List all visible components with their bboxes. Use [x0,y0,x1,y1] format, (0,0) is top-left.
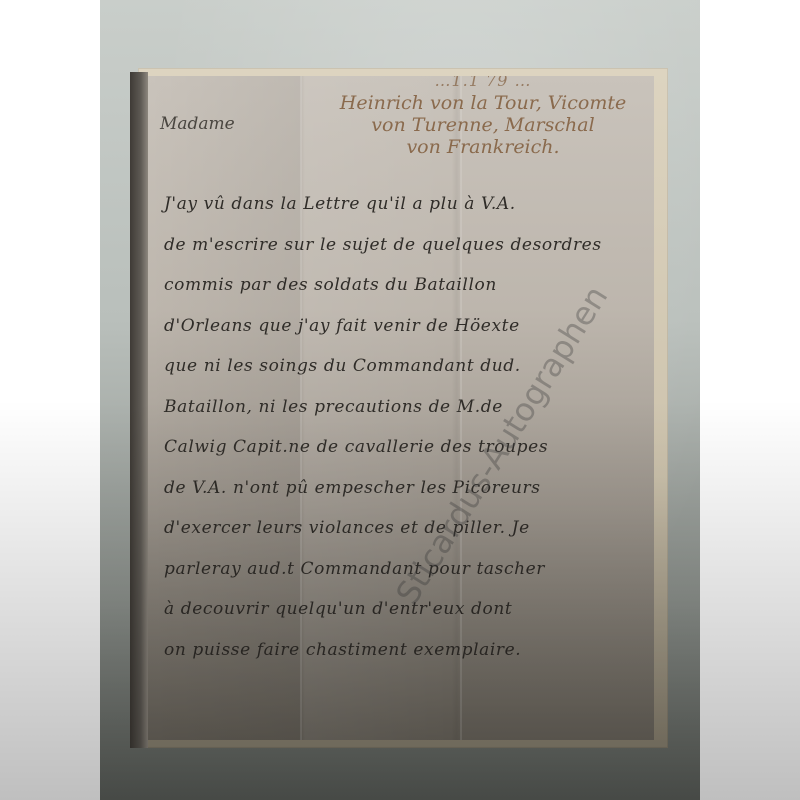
letter-line: à decouvrir quelqu'un d'entr'eux dont [164,589,652,630]
letter-line: on puisse faire chastiment exemplaire. [164,630,652,671]
letter-line: parleray aud.t Commandant pour tascher [164,549,652,590]
letter-line: d'Orleans que j'ay fait venir de Höexte [164,306,652,347]
annotation-line: Heinrich von la Tour, Vicomte [318,92,648,114]
letter-line: Calwig Capit.ne de cavallerie des troupe… [164,427,652,468]
letter-line: Bataillon, ni les precautions de M.de [164,387,652,428]
annotation-line: von Turenne, Marschal [318,114,648,136]
letter-line: commis par des soldats du Bataillon [164,265,652,306]
salutation: Madame [160,114,235,134]
frame-inner-shadow [130,72,148,748]
letter-line: de V.A. n'ont pû empescher les Picoreurs [164,468,652,509]
annotation-reference: …1.1 79 … [318,76,648,92]
letter-line: d'exercer leurs violances et de piller. … [164,508,652,549]
letter-line: de m'escrire sur le sujet de quelques de… [164,225,652,266]
letter-line: J'ay vû dans la Lettre qu'il a plu à V.A… [164,184,652,225]
annotation-line: von Frankreich. [318,136,648,158]
letter-body: J'ay vû dans la Lettre qu'il a plu à V.A… [164,184,652,670]
letter-paper: …1.1 79 … Heinrich von la Tour, Vicomte … [148,76,654,740]
archival-annotation: …1.1 79 … Heinrich von la Tour, Vicomte … [318,76,648,158]
letter-line: que ni les soings du Commandant dud. [164,346,652,387]
